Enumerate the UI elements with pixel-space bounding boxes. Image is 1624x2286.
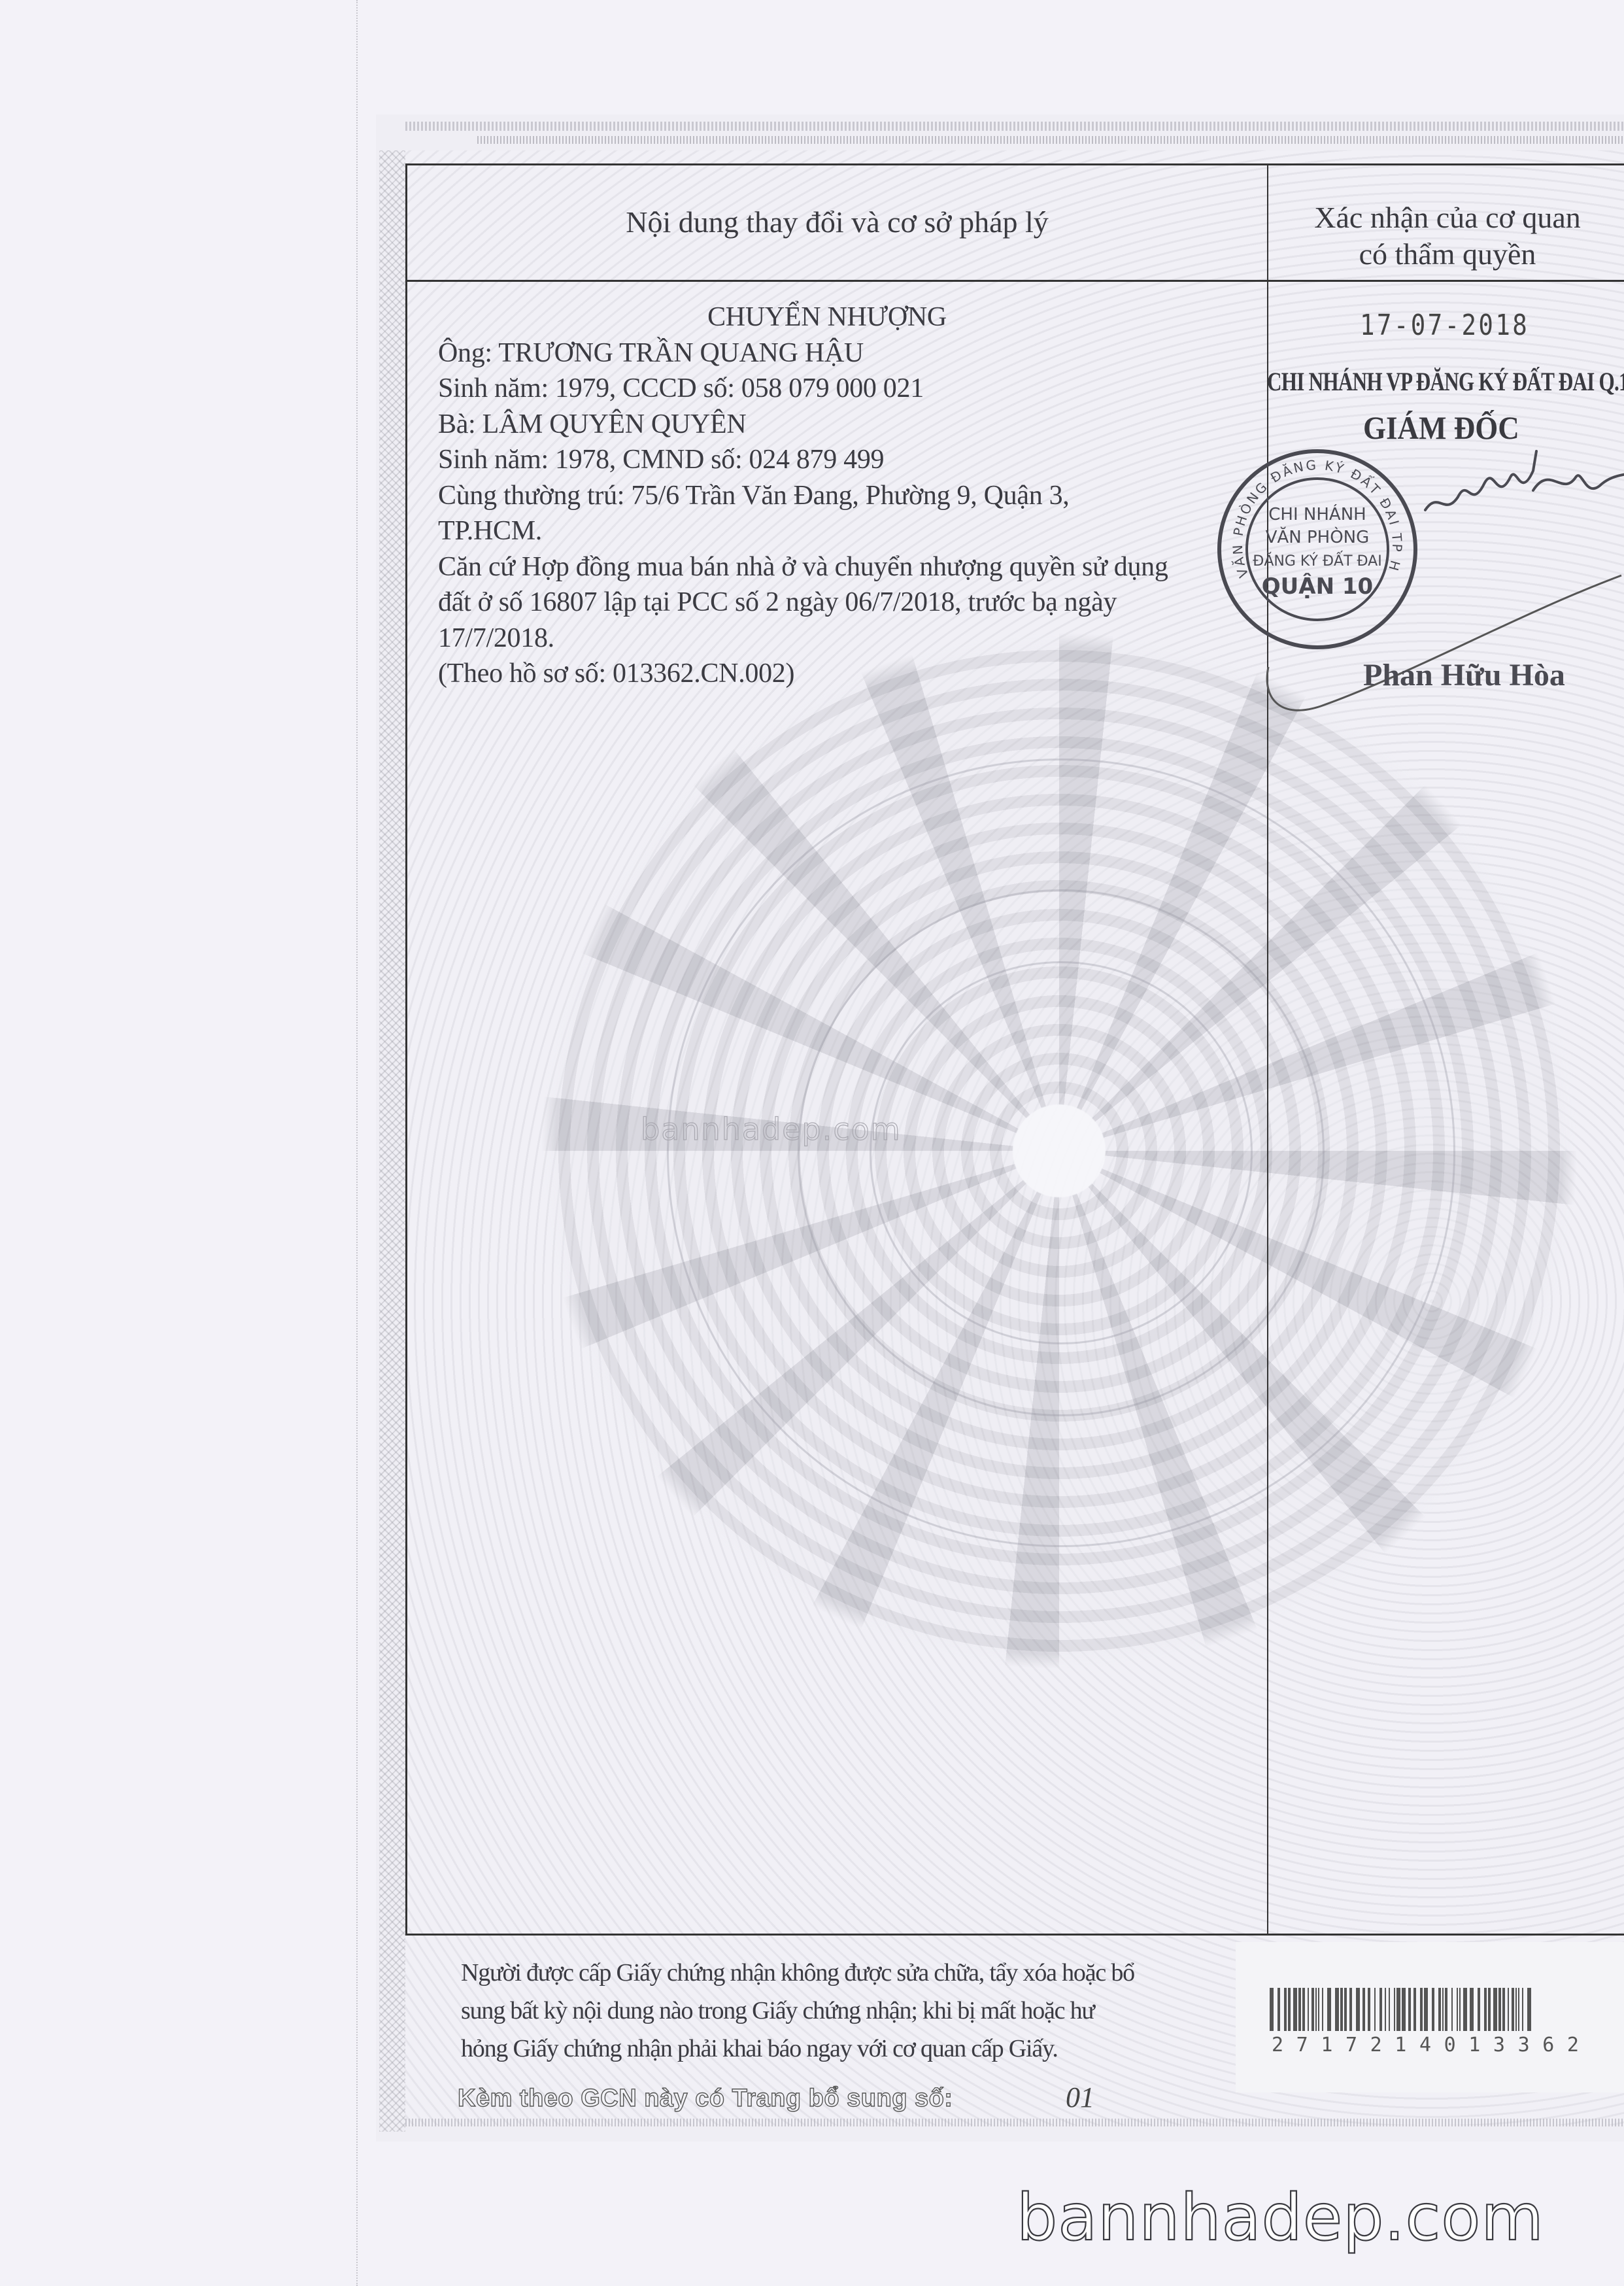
barcode-digit: 3 bbox=[1493, 2034, 1505, 2056]
barcode-digit: 7 bbox=[1296, 2034, 1308, 2056]
barcode-digit: 3 bbox=[1518, 2034, 1530, 2056]
barcode-number: 2717214013362 bbox=[1272, 2034, 1579, 2056]
change-entry-line: TP.HCM. bbox=[438, 513, 1255, 549]
change-entry-line: 17/7/2018. bbox=[438, 621, 1255, 657]
header-changes-column: Nội dung thay đổi và cơ sở pháp lý bbox=[407, 205, 1267, 239]
warning-line: hỏng Giấy chứng nhận phải khai báo ngay … bbox=[461, 2030, 1213, 2068]
warning-line: Người được cấp Giấy chứng nhận không đượ… bbox=[461, 1954, 1213, 1992]
signer-name: Phan Hữu Hòa bbox=[1363, 657, 1565, 693]
decorative-top-band bbox=[405, 122, 1624, 131]
confirmation-date-stamp: 17-07-2018 bbox=[1360, 309, 1529, 342]
barcode-digit: 4 bbox=[1419, 2034, 1431, 2056]
change-entry-line: Bà: LÂM QUYÊN QUYÊN bbox=[438, 407, 1255, 443]
barcode-digit: 1 bbox=[1395, 2034, 1406, 2056]
barcode-digit: 6 bbox=[1542, 2034, 1554, 2056]
confirmation-office-stamp: CHI NHÁNH VP ĐĂNG KÝ ĐẤT ĐAI Q.10 bbox=[1267, 366, 1624, 397]
barcode-digit: 1 bbox=[1468, 2034, 1480, 2056]
decorative-border-band bbox=[379, 150, 405, 2132]
column-divider bbox=[1267, 165, 1268, 1934]
change-entry-line: Cùng thường trú: 75/6 Trần Văn Đang, Phư… bbox=[438, 478, 1255, 514]
header-confirmation-column: Xác nhận của cơ quan có thẩm quyền bbox=[1269, 199, 1624, 273]
change-entry-line: Căn cứ Hợp đồng mua bán nhà ở và chuyển … bbox=[438, 549, 1255, 585]
decorative-bottom-band bbox=[405, 2119, 1624, 2126]
header-divider bbox=[407, 280, 1624, 282]
decorative-top-band-inner bbox=[477, 136, 1624, 144]
header-confirmation-line1: Xác nhận của cơ quan bbox=[1269, 199, 1624, 236]
change-entry-line: đất ở số 16807 lập tại PCC số 2 ngày 06/… bbox=[438, 585, 1255, 621]
barcode-digit: 7 bbox=[1345, 2034, 1357, 2056]
seal-inner-line: CHI NHÁNH bbox=[1268, 503, 1366, 524]
attachment-label: Kèm theo GCN này có Trang bổ sung số: bbox=[458, 2085, 953, 2113]
barcode-digit: 2 bbox=[1272, 2034, 1283, 2056]
attachment-page-number: 01 bbox=[1066, 2081, 1094, 2114]
barcode-icon bbox=[1268, 1988, 1576, 2031]
barcode-digit: 2 bbox=[1567, 2034, 1579, 2056]
change-entry-line: Sinh năm: 1978, CMND số: 024 879 499 bbox=[438, 442, 1255, 478]
watermark-footer: bannhadep.com bbox=[1017, 2181, 1544, 2255]
signature-icon bbox=[1419, 438, 1624, 530]
header-confirmation-line2: có thẩm quyền bbox=[1269, 236, 1624, 273]
barcode-digit: 0 bbox=[1444, 2034, 1456, 2056]
barcode-digit: 1 bbox=[1321, 2034, 1332, 2056]
change-entry-line: Sinh năm: 1979, CCCD số: 058 079 000 021 bbox=[438, 371, 1255, 407]
scan-paper-edge bbox=[356, 0, 358, 2286]
certificate-warning: Người được cấp Giấy chứng nhận không đượ… bbox=[461, 1954, 1213, 2068]
barcode-digit: 2 bbox=[1370, 2034, 1382, 2056]
change-entry-line: Ông: TRƯƠNG TRẦN QUANG HẬU bbox=[438, 335, 1255, 371]
warning-line: sung bất kỳ nội dung nào trong Giấy chứn… bbox=[461, 1992, 1213, 2030]
change-entry-line: (Theo hồ sơ số: 013362.CN.002) bbox=[438, 656, 1255, 692]
change-entry-title: CHUYỂN NHƯỢNG bbox=[438, 299, 1255, 335]
change-entry: CHUYỂN NHƯỢNG Ông: TRƯƠNG TRẦN QUANG HẬU… bbox=[438, 299, 1255, 692]
